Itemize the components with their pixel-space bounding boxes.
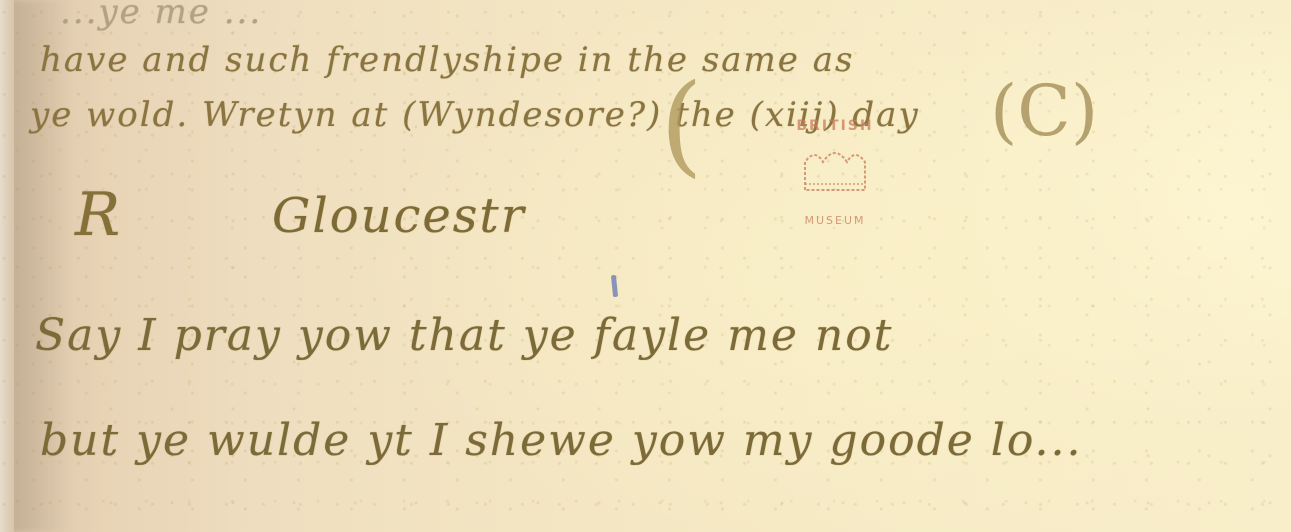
- signature-name: Gloucestr: [272, 188, 526, 244]
- museum-stamp: BRITISH MUSEUM: [770, 110, 900, 270]
- flourish-c: (C): [990, 70, 1098, 152]
- manuscript-line-5: but ye wulde yt I shewe yow my goode lo.…: [40, 415, 1083, 466]
- signature-initial: R: [75, 180, 122, 250]
- stamp-top-text: BRITISH: [770, 118, 900, 134]
- manuscript-line-2: have and such frendlyshipe in the same a…: [40, 40, 854, 80]
- stamp-bottom-text: MUSEUM: [770, 214, 900, 227]
- flourish-bracket: (: [660, 60, 703, 188]
- crown-icon: [795, 140, 875, 200]
- manuscript-line-1: ...ye me ...: [60, 0, 262, 32]
- manuscript-line-4: Say I pray yow that ye fayle me not: [35, 310, 893, 361]
